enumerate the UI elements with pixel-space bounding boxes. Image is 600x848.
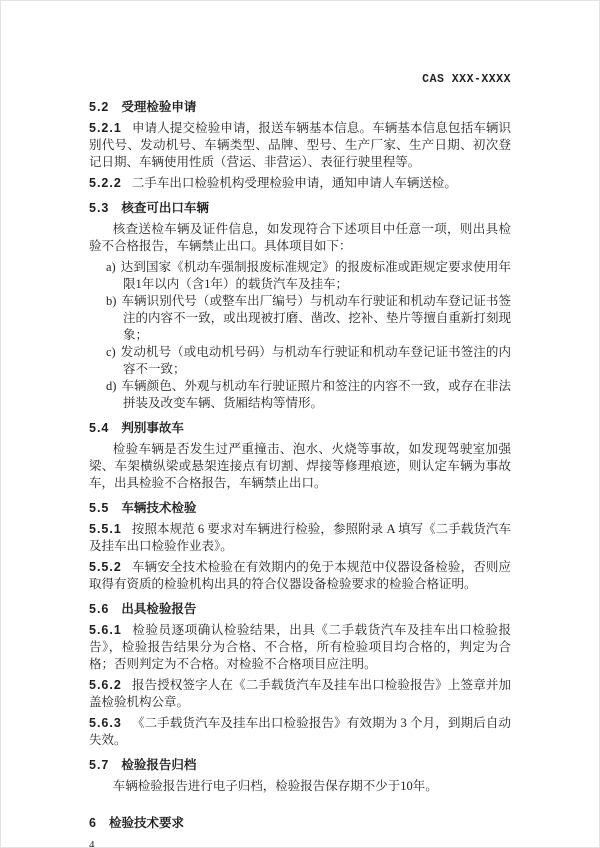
clause-number: 5.6.3 [89, 716, 122, 730]
heading-number: 5.5 [89, 501, 109, 515]
heading-number: 5.4 [89, 421, 109, 435]
paragraph-text: 检验车辆是否发生过严重撞击、泡水、火烧等事故，如发现驾驶室加强梁、车架横纵梁或悬… [89, 442, 511, 490]
list-item-marker: d) [106, 379, 116, 393]
section-heading-5.7: 5.7检验报告归档 [89, 757, 511, 774]
clause-5.5.2: 5.5.2车辆安全技术检验在有效期内的免于本规范中仪器设备检验，否则应取得有资质… [89, 559, 511, 593]
body-paragraph: 核查送检车辆及证件信息，如发现符合下述项目中任意一项，则出具检验不合格报告，车辆… [89, 221, 511, 255]
section-heading-5.6: 5.6出具检验报告 [89, 601, 511, 618]
clause-5.2.2: 5.2.2二手车出口检验机构受理检验申请，通知申请人车辆送检。 [89, 175, 511, 192]
clause-number: 5.5.2 [89, 560, 122, 574]
list-item-marker: a) [106, 260, 116, 274]
section-heading-5.4: 5.4判别事故车 [89, 420, 511, 437]
heading-number: 5.3 [89, 201, 109, 215]
document-code-header: CAS XXX-XXXX [89, 71, 511, 87]
list-item-a: a)达到国家《机动车强制报废标准规定》的报废标准或距规定要求使用年限1年以内（含… [106, 259, 511, 293]
clause-5.5.1: 5.5.1按照本规范 6 要求对车辆进行检验，参照附录 A 填写《二手载货汽车及… [89, 521, 511, 555]
document-page: CAS XXX-XXXX 5.2受理检验申请5.2.1申请人提交检验申请，报送车… [0, 0, 600, 848]
heading-title: 车辆技术检验 [121, 501, 196, 515]
clause-number: 5.5.1 [89, 522, 122, 536]
section-heading-5.2: 5.2受理检验申请 [89, 99, 511, 116]
body-paragraph: 车辆检验报告进行电子归档，检验报告保存期不少于10年。 [89, 778, 511, 795]
body-paragraph: 检验车辆是否发生过严重撞击、泡水、火烧等事故，如发现驾驶室加强梁、车架横纵梁或悬… [89, 441, 511, 492]
clause-number: 5.2.2 [89, 176, 122, 190]
list-item-text: 车辆颜色、外观与机动车行驶证照片和签注的内容不一致，或存在非法拼装及改变车辆、货… [121, 379, 511, 410]
clause-5.2.1: 5.2.1申请人提交检验申请，报送车辆基本信息。车辆基本信息包括车辆识别代号、发… [89, 120, 511, 171]
clause-text: 车辆安全技术检验在有效期内的免于本规范中仪器设备检验，否则应取得有资质的检验机构… [89, 560, 511, 591]
clause-text: 《二手载货汽车及挂车出口检验报告》有效期为 3 个月，到期后自动失效。 [89, 716, 511, 747]
list-item-marker: b) [106, 294, 116, 308]
clause-text: 申请人提交检验申请，报送车辆基本信息。车辆基本信息包括车辆识别代号、发动机号、车… [89, 121, 511, 169]
heading-number: 5.2 [89, 100, 109, 114]
clause-text: 报告授权签字人在《二手载货汽车及挂车出口检验报告》上签章并加盖检验机构公章。 [89, 678, 511, 709]
clause-text: 按照本规范 6 要求对车辆进行检验，参照附录 A 填写《二手载货汽车及挂车出口检… [89, 522, 511, 553]
document-body: 5.2受理检验申请5.2.1申请人提交检验申请，报送车辆基本信息。车辆基本信息包… [89, 99, 511, 832]
heading-title: 检验技术要求 [109, 816, 184, 830]
heading-title: 核查可出口车辆 [121, 201, 209, 215]
paragraph-text: 车辆检验报告进行电子归档，检验报告保存期不少于10年。 [113, 779, 438, 793]
list-item-text: 发动机号（或电动机号码）与机动车行驶证和机动车登记证书签注的内容不一致； [121, 345, 511, 376]
list-item-d: d)车辆颜色、外观与机动车行驶证照片和签注的内容不一致，或存在非法拼装及改变车辆… [106, 378, 511, 412]
heading-number: 6 [89, 816, 97, 830]
section-heading-6: 6检验技术要求 [89, 815, 511, 832]
list-item-c: c)发动机号（或电动机号码）与机动车行驶证和机动车登记证书签注的内容不一致； [106, 344, 511, 378]
section-heading-5.5: 5.5车辆技术检验 [89, 500, 511, 517]
section-heading-5.3: 5.3核查可出口车辆 [89, 200, 511, 217]
clause-number: 5.2.1 [89, 121, 122, 135]
clause-5.6.1: 5.6.1检验员逐项确认检验结果，出具《二手载货汽车及挂车出口检验报告》，检验报… [89, 622, 511, 673]
clause-text: 二手车出口检验机构受理检验申请，通知申请人车辆送检。 [132, 176, 457, 190]
heading-title: 受理检验申请 [121, 100, 196, 114]
heading-title: 检验报告归档 [121, 758, 196, 772]
list-item-marker: c) [106, 345, 116, 359]
heading-number: 5.6 [89, 602, 109, 616]
heading-title: 判别事故车 [121, 421, 184, 435]
list-item-text: 车辆识别代号（或整车出厂编号）与机动车行驶证和机动车登记证书签注的内容不一致，或… [121, 294, 511, 342]
paragraph-text: 核查送检车辆及证件信息，如发现符合下述项目中任意一项，则出具检验不合格报告，车辆… [89, 222, 511, 253]
clause-number: 5.6.2 [89, 678, 122, 692]
clause-number: 5.6.1 [89, 623, 122, 637]
list-item-b: b)车辆识别代号（或整车出厂编号）与机动车行驶证和机动车登记证书签注的内容不一致… [106, 293, 511, 344]
page-number: 4 [89, 837, 511, 848]
clause-5.6.3: 5.6.3《二手载货汽车及挂车出口检验报告》有效期为 3 个月，到期后自动失效。 [89, 715, 511, 749]
list-item-text: 达到国家《机动车强制报废标准规定》的报废标准或距规定要求使用年限1年以内（含1年… [121, 260, 511, 291]
clause-5.6.2: 5.6.2报告授权签字人在《二手载货汽车及挂车出口检验报告》上签章并加盖检验机构… [89, 677, 511, 711]
heading-title: 出具检验报告 [121, 602, 196, 616]
clause-text: 检验员逐项确认检验结果，出具《二手载货汽车及挂车出口检验报告》，检验报告结果分为… [89, 623, 511, 671]
heading-number: 5.7 [89, 758, 109, 772]
